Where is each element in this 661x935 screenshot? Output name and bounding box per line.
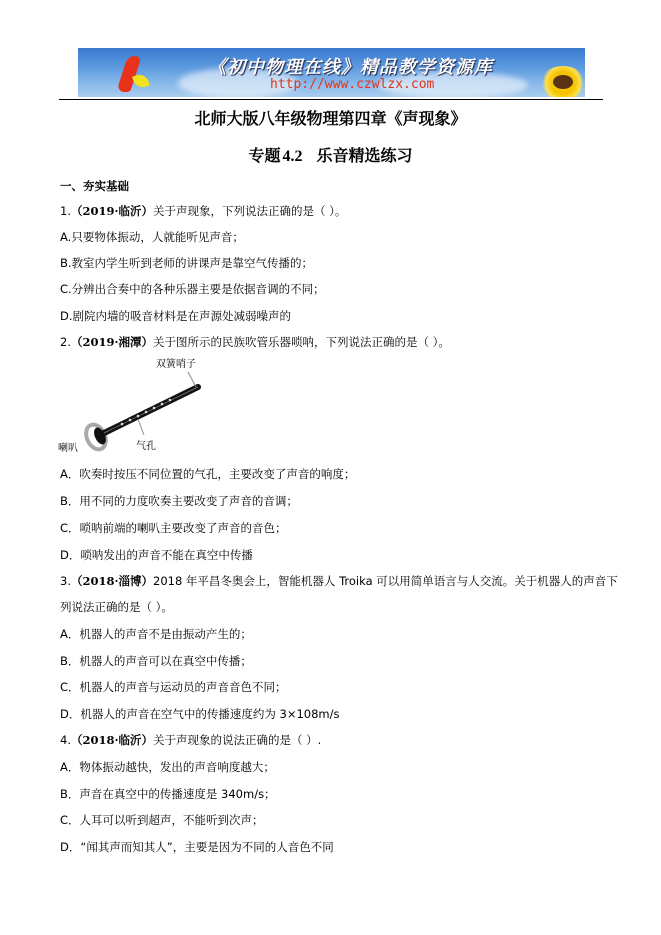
question-3-option-c: C．机器人的声音与运动员的声音音色不同； xyxy=(60,679,287,695)
question-2-stem: 2.（2019·湘潭）关于图所示的民族吹管乐器唢呐，下列说法正确的是（ ）。 xyxy=(60,334,450,350)
subtitle-prefix: 专题 xyxy=(248,146,280,165)
subtitle-text: 乐音精选练习 xyxy=(317,146,413,165)
question-1-option-d: D.剧院内墙的吸音材料是在声源处减弱噪声的 xyxy=(60,308,291,324)
banner-title: 《初中物理在线》精品教学资源库 xyxy=(208,53,493,79)
question-2-option-b: B．用不同的力度吹奏主要改变了声音的音调； xyxy=(60,493,298,509)
question-4-option-a: A．物体振动越快，发出的声音响度越大； xyxy=(60,759,275,775)
question-3-stem: 3.（2018·淄博）2018 年平昌冬奥会上，智能机器人 Troika 可以用… xyxy=(60,573,618,589)
document-title: 北师大版八年级物理第四章《声现象》 xyxy=(0,106,661,129)
question-1-option-a: A.只要物体振动，人就能听见声音； xyxy=(60,229,244,245)
question-1-option-b: B.教室内学生听到老师的讲课声是靠空气传播的； xyxy=(60,255,313,271)
figure-label-horn: 喇叭 xyxy=(58,439,78,454)
question-1-stem: 1.（2019·临沂）关于声现象，下列说法正确的是（ ）。 xyxy=(60,203,346,219)
question-2-option-d: D．唢呐发出的声音不能在真空中传播 xyxy=(60,547,253,563)
subtitle-number: 4.2 xyxy=(283,148,303,165)
header-banner: 《初中物理在线》精品教学资源库 http://www.czwlzx.com xyxy=(78,48,585,97)
sunflower-image xyxy=(540,66,585,97)
question-4-stem: 4.（2018·临沂）关于声现象的说法正确的是（ ）. xyxy=(60,732,321,748)
question-1-option-c: C.分辨出合奏中的各种乐器主要是依据音调的不同； xyxy=(60,281,325,297)
question-number: 1. xyxy=(60,204,71,218)
header-divider xyxy=(59,99,603,100)
question-number: 4. xyxy=(60,733,71,747)
question-source: （2019·湘潭） xyxy=(71,335,153,349)
question-3-option-d: D．机器人的声音在空气中的传播速度约为 3×108m/s xyxy=(60,706,339,722)
question-source: （2019·临沂） xyxy=(71,204,153,218)
question-3-option-a: A．机器人的声音不是由振动产生的； xyxy=(60,626,252,642)
question-source: （2018·淄博） xyxy=(71,574,153,588)
question-3-option-b: B．机器人的声音可以在真空中传播； xyxy=(60,653,252,669)
banner-url: http://www.czwlzx.com xyxy=(270,77,434,92)
question-4-option-d: D．“闻其声而知其人”，主要是因为不同的人音色不同 xyxy=(60,839,334,855)
document-subtitle: 专题4.2乐音精选练习 xyxy=(0,143,661,166)
question-number: 2. xyxy=(60,335,71,349)
question-text: 关于声现象，下列说法正确的是（ ）。 xyxy=(153,204,346,218)
question-text: 关于声现象的说法正确的是（ ）. xyxy=(153,733,321,747)
figure-label-reed: 双簧哨子 xyxy=(156,355,196,370)
question-text: 2018 年平昌冬奥会上，智能机器人 Troika 可以用简单语言与人交流。关于… xyxy=(153,574,618,588)
question-4-option-c: C．人耳可以听到超声，不能听到次声； xyxy=(60,812,264,828)
question-2-option-c: C．唢呐前端的喇叭主要改变了声音的音色； xyxy=(60,520,287,536)
question-text: 关于图所示的民族吹管乐器唢呐，下列说法正确的是（ ）。 xyxy=(153,335,450,349)
question-number: 3. xyxy=(60,574,71,588)
logo-icon-accent xyxy=(132,72,150,90)
figure-label-hole: 气孔 xyxy=(136,437,156,452)
question-source: （2018·临沂） xyxy=(71,733,153,747)
section-heading: 一、夯实基础 xyxy=(60,178,129,194)
suona-figure: 双簧哨子 喇叭 气孔 xyxy=(58,357,218,457)
question-3-stem-continued: 列说法正确的是（ ）。 xyxy=(60,599,173,615)
question-2-option-a: A．吹奏时按压不同位置的气孔，主要改变了声音的响度； xyxy=(60,466,355,482)
question-4-option-b: B．声音在真空中的传播速度是 340m/s； xyxy=(60,786,276,802)
